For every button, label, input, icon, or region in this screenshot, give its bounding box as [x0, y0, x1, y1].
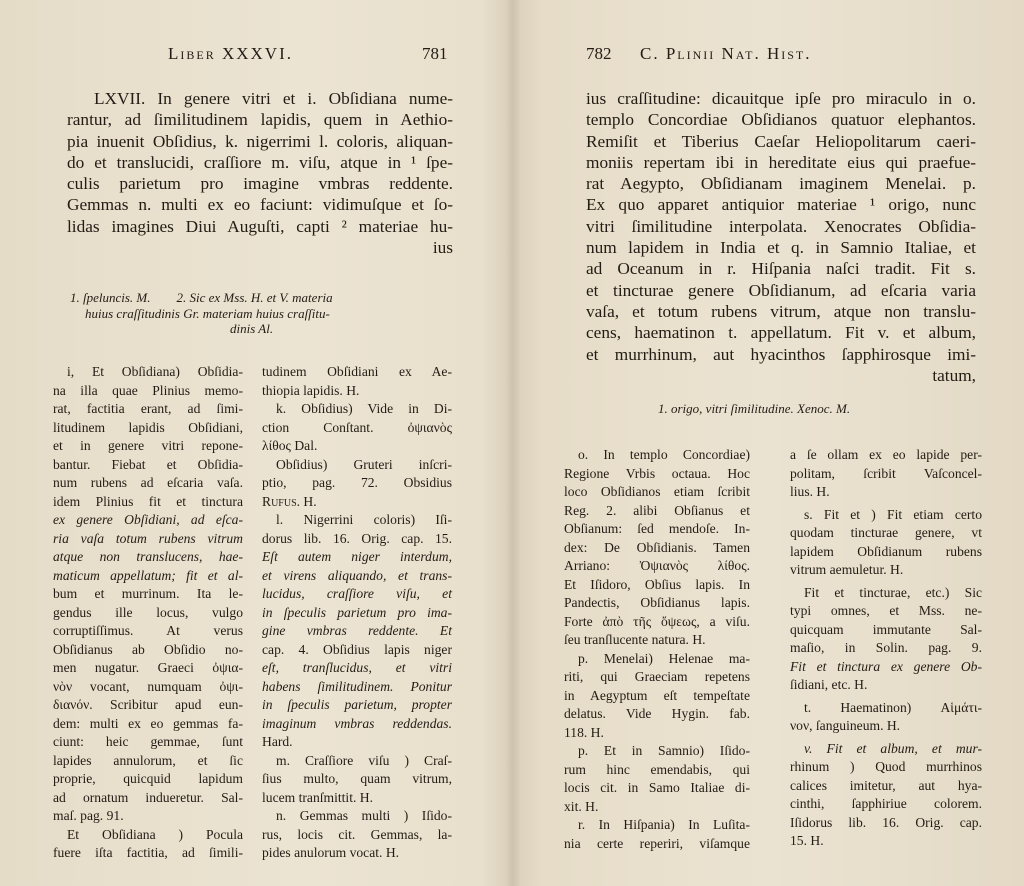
commentary-line: lucem tranſmittit. H. [262, 789, 452, 808]
commentary-line: ction Conſtant. ὀψιανὸς [262, 419, 452, 438]
commentary-line: eſt, tranſlucidus, et vitri [262, 659, 452, 678]
commentary-line: pides anulorum vocat. H. [262, 844, 452, 863]
commentary-line: typi omnes, et Mss. ne- [790, 602, 982, 621]
commentary-line: imaginum vmbras reddendas. [262, 715, 452, 734]
commentary-line: bum et murrinum. Ita le- [53, 585, 243, 604]
text-line: moniis repertam ibi in hereditate eius q… [586, 152, 976, 173]
commentary-line: n. Gemmas multi ) Iſido- [262, 807, 452, 826]
commentary-line: Forte ἀπὸ τῆς ὄψεως, a viſu. [564, 613, 750, 632]
text-line: vitri ſimilitudine interpolata. Xenocrat… [586, 216, 976, 237]
commentary-line: riti, qui Graeciam repetens [564, 668, 750, 687]
commentary-line: maſio, in Solin. pag. 9. [790, 639, 982, 658]
text-line: do et translucidi, craſſiore m. viſu, at… [67, 152, 453, 173]
commentary-line: tudinem Obſidiani ex Ae- [262, 363, 452, 382]
variant-notes-left: 1. ſpeluncis. M. 2. Sic ex Mss. H. et V.… [70, 290, 430, 337]
commentary-line: proprie, quicquid lapidum [53, 770, 243, 789]
commentary-line: ptio, pag. 72. Obsidius [262, 474, 452, 493]
commentary-line: quicquam immutante Sal- [790, 621, 982, 640]
commentary-line: nia certe reperiri, viſamque [564, 835, 750, 854]
commentary-line: Iſidorus lib. 16. Orig. cap. [790, 814, 982, 833]
commentary-line: p. Et in Samnio) Iſido- [564, 742, 750, 761]
commentary-line: ſidiani, etc. H. [790, 676, 982, 695]
text-line: ius [67, 237, 453, 258]
commentary-line: delatus. Vide Hygin. fab. [564, 705, 750, 724]
text-line: Gemmas n. multi ex eo faciunt: vidimuſqu… [67, 194, 453, 215]
text-line: cens, haematinon t. appellatum. Fit v. e… [586, 322, 976, 343]
commentary-line: i, Et Obſidiana) Obſidia- [53, 363, 243, 382]
commentary-line: p. Menelai) Helenae ma- [564, 650, 750, 669]
commentary-line: o. In templo Concordiae) [564, 446, 750, 465]
commentary-line: t. Haematinon) Αἱμάτι- [790, 699, 982, 718]
commentary-line: maſ. pag. 91. [53, 807, 243, 826]
commentary-line: in ſpeculis parietum, propter [262, 696, 452, 715]
commentary-line: Et Obſidiana ) Pocula [53, 826, 243, 845]
commentary-line: habens ſimilitudinem. Ponitur [262, 678, 452, 697]
right-page: 782 C. Plinii Nat. Hist. ius craſſitudin… [512, 0, 1024, 886]
text-line: tatum, [586, 365, 976, 386]
note-line: dinis Al. [70, 321, 430, 337]
text-line: lidas imagines Diui Auguſti, capti ² mat… [67, 216, 453, 237]
commentary-line: in Aegyptum eſt tempeſtate [564, 687, 750, 706]
commentary-line: Hard. [262, 733, 452, 752]
left-page: Liber XXXVI. 781 LXVII. In genere vitri … [0, 0, 512, 886]
commentary-line: k. Obſidius) Vide in Di- [262, 400, 452, 419]
commentary-line: gendus ille locus, vulgo [53, 604, 243, 623]
note-line: 1. ſpeluncis. M. 2. Sic ex Mss. H. et V.… [70, 290, 430, 306]
commentary-line: Obſianum: ſed mendoſe. In- [564, 520, 750, 539]
commentary-line: v. Fit et album, et mur- [790, 740, 982, 759]
commentary-line: vitrum aemuletur. H. [790, 561, 982, 580]
commentary-line: Fit et tinctura ex genere Ob- [790, 658, 982, 677]
commentary-line: gine vmbras reddente. Et [262, 622, 452, 641]
text-line: pia inuenit Obſidius, k. nigerrimi l. co… [67, 131, 453, 152]
commentary-line: rat, factitia erant, ad ſimi- [53, 400, 243, 419]
commentary-line: r. In Hiſpania) In Luſita- [564, 816, 750, 835]
commentary-line: politam, ſcribit Vaſconcel- [790, 465, 982, 484]
commentary-line: ſeu tranſlucente natura. H. [564, 631, 750, 650]
text-line: rat Aegypto, Obſidianam imaginem Menelai… [586, 173, 976, 194]
commentary-line: cinthi, ſapphiriue colorem. [790, 795, 982, 814]
commentary-line: et in genere vitri repone- [53, 437, 243, 456]
commentary-line: dorus lib. 16. Orig. cap. 15. [262, 530, 452, 549]
commentary-line: Pandectis, Obſidianus lapis. [564, 594, 750, 613]
commentary-line: νον, ſanguineum. H. [790, 717, 982, 736]
commentary-line: na illa quae Plinius memo- [53, 382, 243, 401]
commentary-line: m. Craſſiore viſu ) Craſ- [262, 752, 452, 771]
main-text-right: ius craſſitudine: dicauitque ipſe pro mi… [586, 88, 976, 386]
commentary-line: 15. H. [790, 832, 982, 851]
commentary-line: Arriano: Ὀψιανὸς λίθος. [564, 557, 750, 576]
note-line: 1. origo, vitri ſimilitudine. Xenoc. M. [658, 401, 958, 417]
commentary-line: ria vaſa totum rubens vitrum [53, 530, 243, 549]
text-line: templo Concordiae Obſidianos quatuor ele… [586, 109, 976, 130]
commentary-line: Regione Vrbis octaua. Hoc [564, 465, 750, 484]
commentary-line: Reg. 2. alibi Obſianus et [564, 502, 750, 521]
commentary-line: quodam tincturae genere, vt [790, 524, 982, 543]
running-head-right: C. Plinii Nat. Hist. [640, 44, 812, 64]
commentary-line: men nugatur. Graeci ὀψια- [53, 659, 243, 678]
book-spread: Liber XXXVI. 781 LXVII. In genere vitri … [0, 0, 1024, 886]
text-line: vaſa, et totum rubens vitrum, atque non … [586, 301, 976, 322]
commentary-line: bantur. Fiebat et Obſidia- [53, 456, 243, 475]
commentary-line: corruptiſſimus. At verus [53, 622, 243, 641]
main-text-left: LXVII. In genere vitri et i. Obſidiana n… [67, 88, 453, 258]
commentary-line: ſius multo, quam vitrum, [262, 770, 452, 789]
variant-notes-right: 1. origo, vitri ſimilitudine. Xenoc. M. [658, 401, 958, 417]
text-line: num lapidem in India et q. in Samnio Ita… [586, 237, 976, 258]
page-number-right: 782 [586, 44, 612, 64]
commentary-line: ciunt: heic gemmae, ſunt [53, 733, 243, 752]
commentary-line: Et Iſidoro, Obſius lapis. In [564, 576, 750, 595]
commentary-line: lapides annulorum, et ſic [53, 752, 243, 771]
commentary-line: maticum appellatum; fit et al- [53, 567, 243, 586]
commentary-line: 118. H. [564, 724, 750, 743]
page-number-left: 781 [422, 44, 448, 64]
commentary-line: νὸν vocant, numquam ὀψι- [53, 678, 243, 697]
commentary-column-2-right: a ſe ollam ex eo lapide per- politam, ſc… [790, 446, 982, 851]
commentary-line: xit. H. [564, 798, 750, 817]
text-line: LXVII. In genere vitri et i. Obſidiana n… [67, 88, 453, 109]
commentary-line: litudinem lapidis Obſidiani, [53, 419, 243, 438]
text-line: Remiſit et Tiberius Caeſar Heliopolitaru… [586, 131, 976, 152]
commentary-line: lius. H. [790, 483, 982, 502]
commentary-line: fuere iſta factitia, ad ſimili- [53, 844, 243, 863]
text-line: rantur, ad ſimilitudinem lapidis, quem i… [67, 109, 453, 130]
commentary-line: loco Obſidianos etiam ſcribit [564, 483, 750, 502]
commentary-line: Fit et tincturae, etc.) Sic [790, 584, 982, 603]
commentary-line: calices imitetur, aut hya- [790, 777, 982, 796]
text-line: culis parietum pro imagine vmbras redden… [67, 173, 453, 194]
commentary-line: num rubens ad eſcaria vaſa. [53, 474, 243, 493]
text-line: et tincturae genere Obſidianum, ad eſcar… [586, 280, 976, 301]
commentary-line: cap. 4. Obſidius lapis niger [262, 641, 452, 660]
running-head-left: Liber XXXVI. [168, 44, 293, 64]
commentary-line: rus, locis cit. Gemmas, la- [262, 826, 452, 845]
note-line: huius craſſitudinis Gr. materiam huius c… [70, 306, 430, 322]
commentary-line: atque non translucens, hae- [53, 548, 243, 567]
commentary-line: διανόν. Scribitur apud eun- [53, 696, 243, 715]
commentary-column-1-left: i, Et Obſidiana) Obſidia- na illa quae P… [53, 363, 243, 863]
commentary-line: Obſidius) Gruteri inſcri- [262, 456, 452, 475]
commentary-line: in ſpeculis parietum pro ima- [262, 604, 452, 623]
commentary-line: lapidem Obſidianum rubens [790, 543, 982, 562]
commentary-line: Obſidianus ab Obſidio no- [53, 641, 243, 660]
commentary-line: s. Fit et ) Fit etiam certo [790, 506, 982, 525]
commentary-line: idem Plinius fit et tinctura [53, 493, 243, 512]
commentary-column-1-right: o. In templo Concordiae) Regione Vrbis o… [564, 446, 750, 853]
commentary-line: locis cit. in Samo Italiae di- [564, 779, 750, 798]
commentary-line: ex genere Obſidiani, ad eſca- [53, 511, 243, 530]
text-line: ius craſſitudine: dicauitque ipſe pro mi… [586, 88, 976, 109]
commentary-line: lucidus, craſſiore viſu, et [262, 585, 452, 604]
commentary-line: et virens aliquando, et trans- [262, 567, 452, 586]
commentary-column-2-left: tudinem Obſidiani ex Ae- thiopia lapidis… [262, 363, 452, 863]
commentary-line: rum hinc emendabis, qui [564, 761, 750, 780]
text-line: Ex quo apparet antiquior materiae ¹ orig… [586, 194, 976, 215]
commentary-line: l. Nigerrini coloris) Iſi- [262, 511, 452, 530]
commentary-line: rhinum ) Quod murrhinos [790, 758, 982, 777]
commentary-line: thiopia lapidis. H. [262, 382, 452, 401]
commentary-line: Eſt autem niger interdum, [262, 548, 452, 567]
commentary-line: ad ornatum indueretur. Sal- [53, 789, 243, 808]
commentary-line: dem: multi ex eo gemmas fa- [53, 715, 243, 734]
commentary-line: λίθος Dal. [262, 437, 452, 456]
text-line: et murrhinum, aut hyacinthos ſapphirosqu… [586, 344, 976, 365]
commentary-line: a ſe ollam ex eo lapide per- [790, 446, 982, 465]
text-line: ad Oceanum in r. Hiſpania naſci tradit. … [586, 258, 976, 279]
commentary-line: Rufus. H. [262, 493, 452, 512]
commentary-line: dex: De Obſidianis. Tamen [564, 539, 750, 558]
